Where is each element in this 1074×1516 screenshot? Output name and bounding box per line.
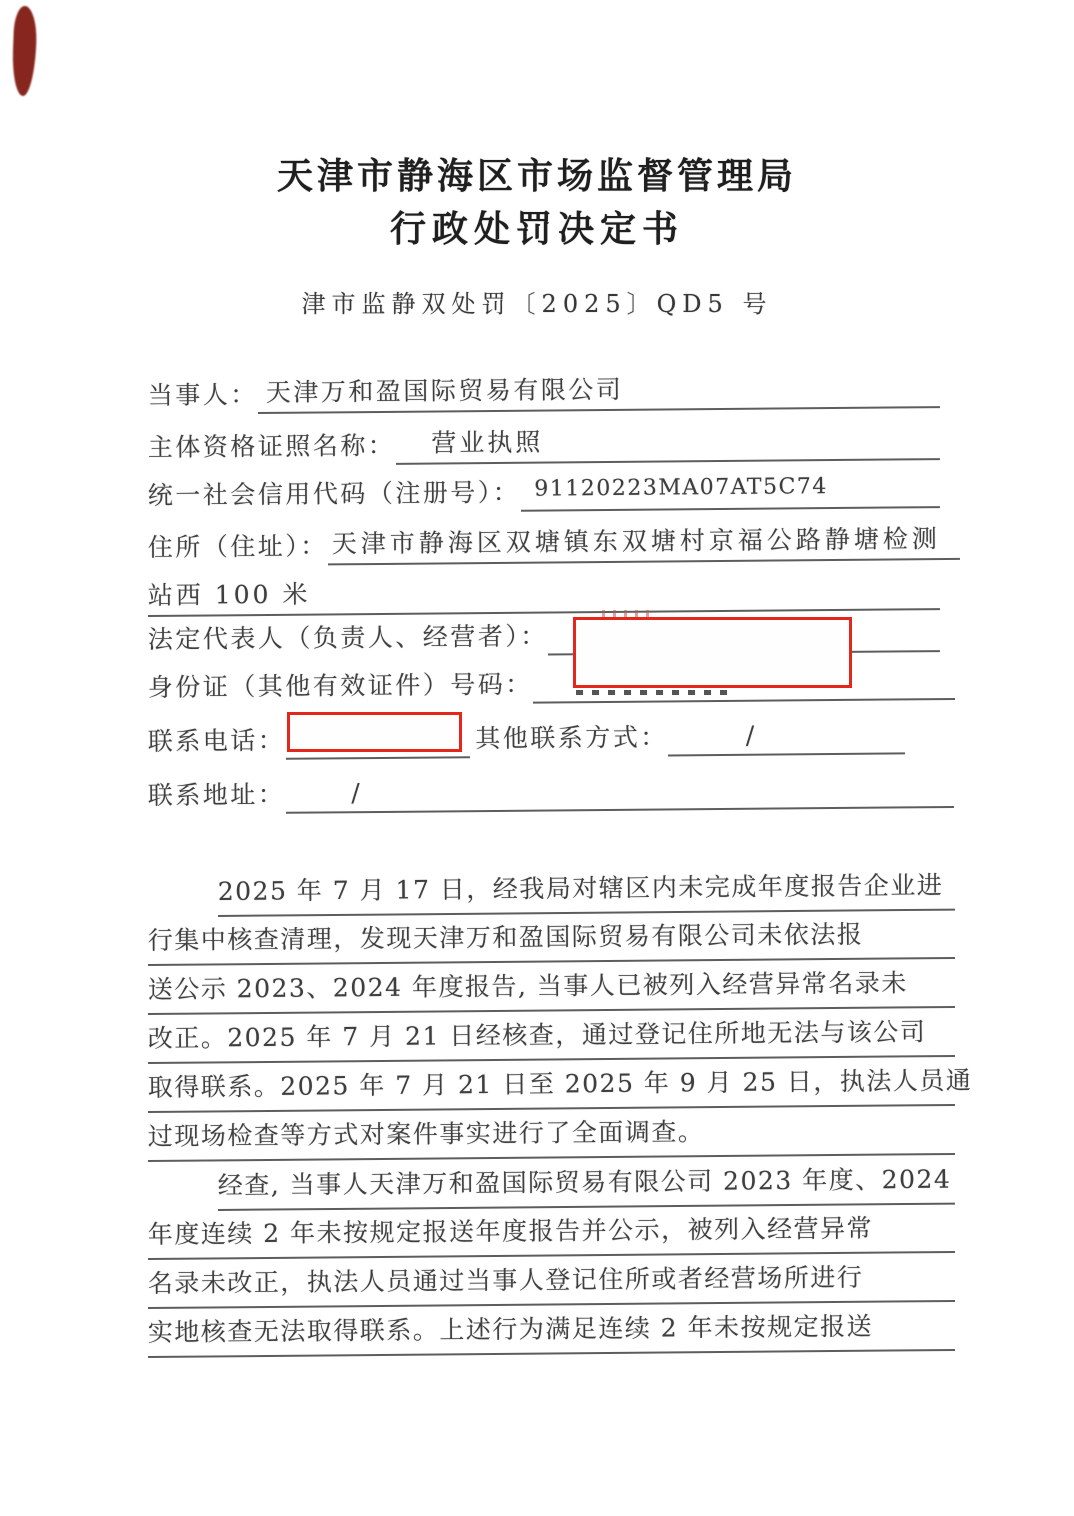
- field-value-party: 天津万和盈国际贸易有限公司: [258, 367, 940, 414]
- body-line-6: 过现场检查等方式对案件事实进行了全面调查。: [148, 1110, 955, 1162]
- body-line-4: 改正。2025 年 7 月 21 日经核查，通过登记住所地无法与该公司: [148, 1012, 955, 1064]
- body-line-3: 送公示 2023、2024 年度报告, 当事人已被列入经营异常名录未: [148, 963, 955, 1015]
- body-line-8: 年度连续 2 年未按规定报送年度报告并公示，被列入经营异常: [148, 1208, 955, 1260]
- redacted-text-remnants-above-box: [602, 610, 654, 617]
- field-label-legal-representative: 法定代表人（负责人、经营者）：: [148, 617, 548, 659]
- body-line-10: 实地核查无法取得联系。上述行为满足连续 2 年未按规定报送: [148, 1306, 955, 1358]
- field-row-contact-address: 联系地址： /: [148, 769, 954, 815]
- field-row-credit-code: 统一社会信用代码（注册号）： 91120223MA07AT5C74: [148, 469, 940, 515]
- field-label-phone: 联系电话：: [148, 721, 286, 761]
- redacted-text-remnants-below-box: [576, 690, 736, 695]
- field-label-license: 主体资格证照名称：: [148, 426, 396, 467]
- field-row-address-continuation: 站西 100 米: [148, 569, 940, 617]
- field-value-address: 天津市静海区双塘镇东双塘村京福公路静塘检测: [328, 519, 960, 566]
- field-row-address: 住所（住址）： 天津市静海区双塘镇东双塘村京福公路静塘检测: [148, 519, 960, 567]
- field-row-party: 当事人： 天津万和盈国际贸易有限公司: [148, 367, 940, 415]
- scanned-document-page: 天津市静海区市场监督管理局 行政处罚决定书 津市监静双处罚〔2025〕QD5 号…: [0, 0, 1074, 1516]
- field-label-contact-address: 联系地址：: [148, 775, 286, 815]
- field-label-address: 住所（住址）：: [148, 526, 328, 567]
- field-value-address-line2: 站西 100 米: [148, 569, 940, 617]
- body-line-9: 名录未改正，执法人员通过当事人登记住所或者经营场所进行: [148, 1257, 955, 1309]
- body-line-2: 行集中核查清理，发现天津万和盈国际贸易有限公司未依法报: [148, 914, 955, 966]
- ink-smudge-mark: [11, 6, 37, 97]
- field-value-credit-code: 91120223MA07AT5C74: [520, 473, 940, 512]
- field-label-party: 当事人：: [148, 375, 258, 415]
- field-value-other-contact: /: [668, 719, 905, 756]
- field-row-phone: 联系电话： 其他联系方式： /: [148, 715, 905, 761]
- field-row-license: 主体资格证照名称： 营业执照: [148, 419, 940, 467]
- field-label-id-number: 身份证（其他有效证件）号码：: [148, 665, 533, 707]
- body-line-1: 2025 年 7 月 17 日，经我局对辖区内未完成年度报告企业进: [218, 866, 955, 917]
- document-title-line1: 天津市静海区市场监督管理局: [0, 148, 1074, 199]
- field-value-license: 营业执照: [395, 419, 940, 465]
- redaction-box-legal-rep-and-id: [573, 617, 852, 688]
- field-label-credit-code: 统一社会信用代码（注册号）：: [148, 473, 521, 515]
- body-line-7: 经查, 当事人天津万和盈国际贸易有限公司 2023 年度、2024: [218, 1160, 955, 1211]
- body-line-5: 取得联系。2025 年 7 月 21 日至 2025 年 9 月 25 日，执法…: [148, 1061, 955, 1113]
- document-number: 津市监静双处罚〔2025〕QD5 号: [0, 284, 1074, 319]
- document-title-line2: 行政处罚决定书: [0, 201, 1074, 252]
- field-label-other-contact: 其他联系方式：: [469, 717, 668, 758]
- field-value-contact-address: /: [285, 773, 954, 814]
- redaction-box-phone: [287, 712, 462, 752]
